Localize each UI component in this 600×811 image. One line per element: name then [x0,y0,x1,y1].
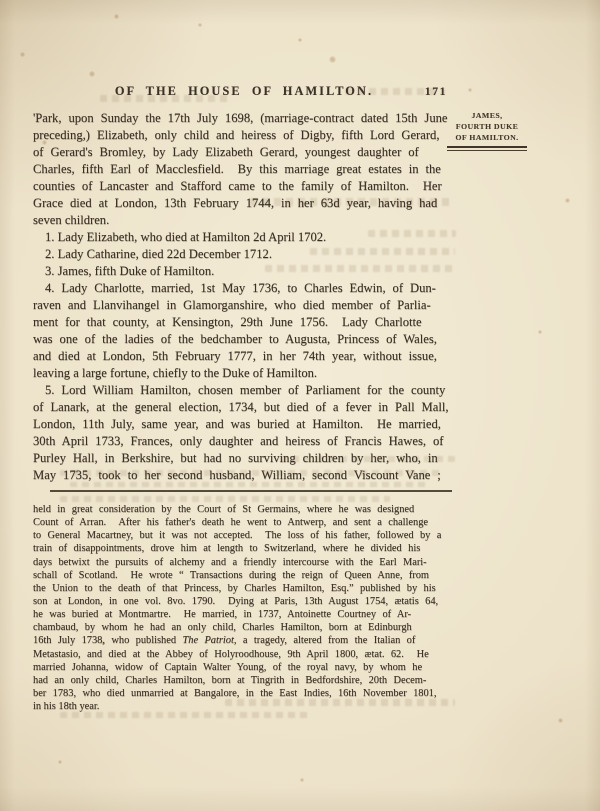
sidenote-line: OF HAMILTON. [445,133,529,144]
body-text-line: leaving a large fortune, chiefly to the … [33,365,455,382]
body-text-line: ment for that county, at Kensington, 29t… [33,314,455,331]
body-text-line: and died at London, 5th February 1777, i… [33,348,455,365]
foxing-spot [538,330,542,334]
foxing-spot [329,56,336,63]
body-text-line: Charles, fifth Earl of Macclesfield. By … [33,161,455,178]
footnote-text-line: had an only child, Charles Hamilton, bor… [33,674,457,687]
body-text-line: May 1735, took to her second husband, Wi… [33,467,455,484]
foxing-spot [89,71,95,77]
footnote-text-line: train of disappointments, drove him at l… [33,542,457,555]
sidenote-rule [447,146,527,150]
footnote-text-line: he was buried at Montmartre. He married,… [33,608,457,621]
footnote-text-line: to General Macartney, but it was not acc… [33,529,457,542]
body-text-line: preceding,) Elizabeth, only child and he… [33,127,455,144]
body-text-line: was one of the ladies of the bedchamber … [33,331,455,348]
foxing-spot [20,52,25,57]
foxing-spot [558,718,563,723]
footnote-rule [50,490,452,492]
body-text-line: 3. James, fifth Duke of Hamilton. [33,263,455,280]
foxing-spot [565,198,570,203]
body-text-line: of Lanark, at the general election, 1734… [33,399,455,416]
footnote-text-line: ber 1783, who died unmarried at Bangalor… [33,687,457,700]
book-page: OF THE HOUSE OF HAMILTON. 171 JAMES, FOU… [0,0,600,811]
sidenote-line: JAMES, [445,111,529,122]
sidenote-rule-thick [447,146,527,148]
margin-sidenote: JAMES, FOURTH DUKE OF HAMILTON. [445,111,529,151]
sidenote-rule-thin [447,150,527,151]
body-text-line: 2. Lady Catharine, died 22d December 171… [33,246,455,263]
footnote-text-line: days betwixt the pursuits of alchemy and… [33,556,457,569]
foxing-spot [298,38,302,42]
footnote-text-line: schall of Scotland. He wrote “ Transacti… [33,569,457,582]
body-text-line: of Gerard's Bromley, by Lady Elizabeth G… [33,144,455,161]
footnote-text-line: in his 18th year. [33,700,457,713]
footnote-text-line: Count of Arran. After his father's death… [33,516,457,529]
footnote-block: held in great consideration by the Court… [33,503,457,713]
page-number: 171 [33,85,447,98]
footnote-text-line: 16th July 1738, who published The Patrio… [33,634,457,647]
footnote-text-line: the Union to the death of that Princess,… [33,582,457,595]
body-text-line: raven and Llanvihangel in Glamorganshire… [33,297,455,314]
sidenote-line: FOURTH DUKE [445,122,529,133]
foxing-spot [300,778,304,782]
foxing-spot [468,88,472,92]
body-text-line: Grace died at London, 13th February 1744… [33,195,455,212]
body-text-line: 30th April 1733, Frances, only daughter … [33,433,455,450]
foxing-spot [114,14,119,19]
footnote-text-line: Metastasio, and died at the Abbey of Hol… [33,648,457,661]
body-text-block: 'Park, upon Sunday the 17th July 1698, (… [33,110,455,484]
body-text-line: London, 11th July, same year, and was bu… [33,416,455,433]
footnote-text-line: chambaud, by whom he had an only child, … [33,621,457,634]
body-text-line: seven children. [33,212,455,229]
footnote-text-line: son at London, in one vol. 8vo. 1790. Dy… [33,595,457,608]
body-text-line: 5. Lord William Hamilton, chosen member … [33,382,455,399]
footnote-text-line: married Johanna, widow of Captain Walter… [33,661,457,674]
body-text-line: counties of Lancaster and Stafford came … [33,178,455,195]
foxing-spot [58,760,62,764]
foxing-spot [198,23,202,27]
footnote-text-line: held in great consideration by the Court… [33,503,457,516]
body-text-line: 'Park, upon Sunday the 17th July 1698, (… [33,110,455,127]
body-text-line: 4. Lady Charlotte, married, 1st May 1736… [33,280,455,297]
body-text-line: Purley Hall, in Berkshire, but had no su… [33,450,455,467]
body-text-line: 1. Lady Elizabeth, who died at Hamilton … [33,229,455,246]
show-through-smudge [60,496,390,502]
